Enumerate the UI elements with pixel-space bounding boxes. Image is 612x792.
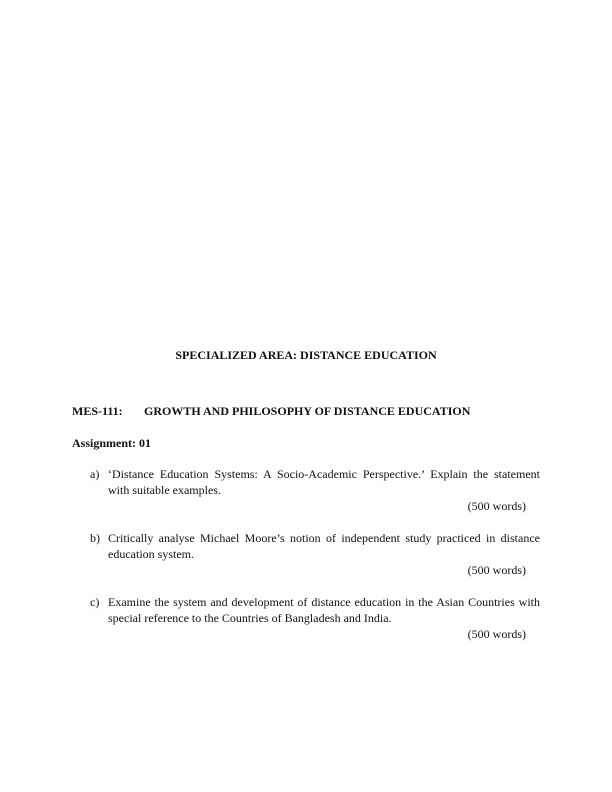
word-limit: (500 words) xyxy=(90,562,540,578)
specialized-area-heading: SPECIALIZED AREA: DISTANCE EDUCATION xyxy=(0,348,612,363)
question-text: Examine the system and development of di… xyxy=(108,594,540,626)
question-letter: b) xyxy=(90,530,100,546)
question-c: c) Examine the system and development of… xyxy=(90,594,540,642)
question-text: Critically analyse Michael Moore’s notio… xyxy=(108,530,540,562)
course-heading: MES-111:GROWTH AND PHILOSOPHY OF DISTANC… xyxy=(72,404,470,419)
word-limit: (500 words) xyxy=(90,626,540,642)
course-title: GROWTH AND PHILOSOPHY OF DISTANCE EDUCAT… xyxy=(144,404,470,418)
question-a: a) ‘Distance Education Systems: A Socio-… xyxy=(90,466,540,514)
question-letter: a) xyxy=(90,466,99,482)
word-limit: (500 words) xyxy=(90,498,540,514)
assignment-heading: Assignment: 01 xyxy=(72,436,151,451)
course-code: MES-111: xyxy=(72,404,144,419)
question-text: ‘Distance Education Systems: A Socio-Aca… xyxy=(108,466,540,498)
question-letter: c) xyxy=(90,594,99,610)
question-b: b) Critically analyse Michael Moore’s no… xyxy=(90,530,540,578)
